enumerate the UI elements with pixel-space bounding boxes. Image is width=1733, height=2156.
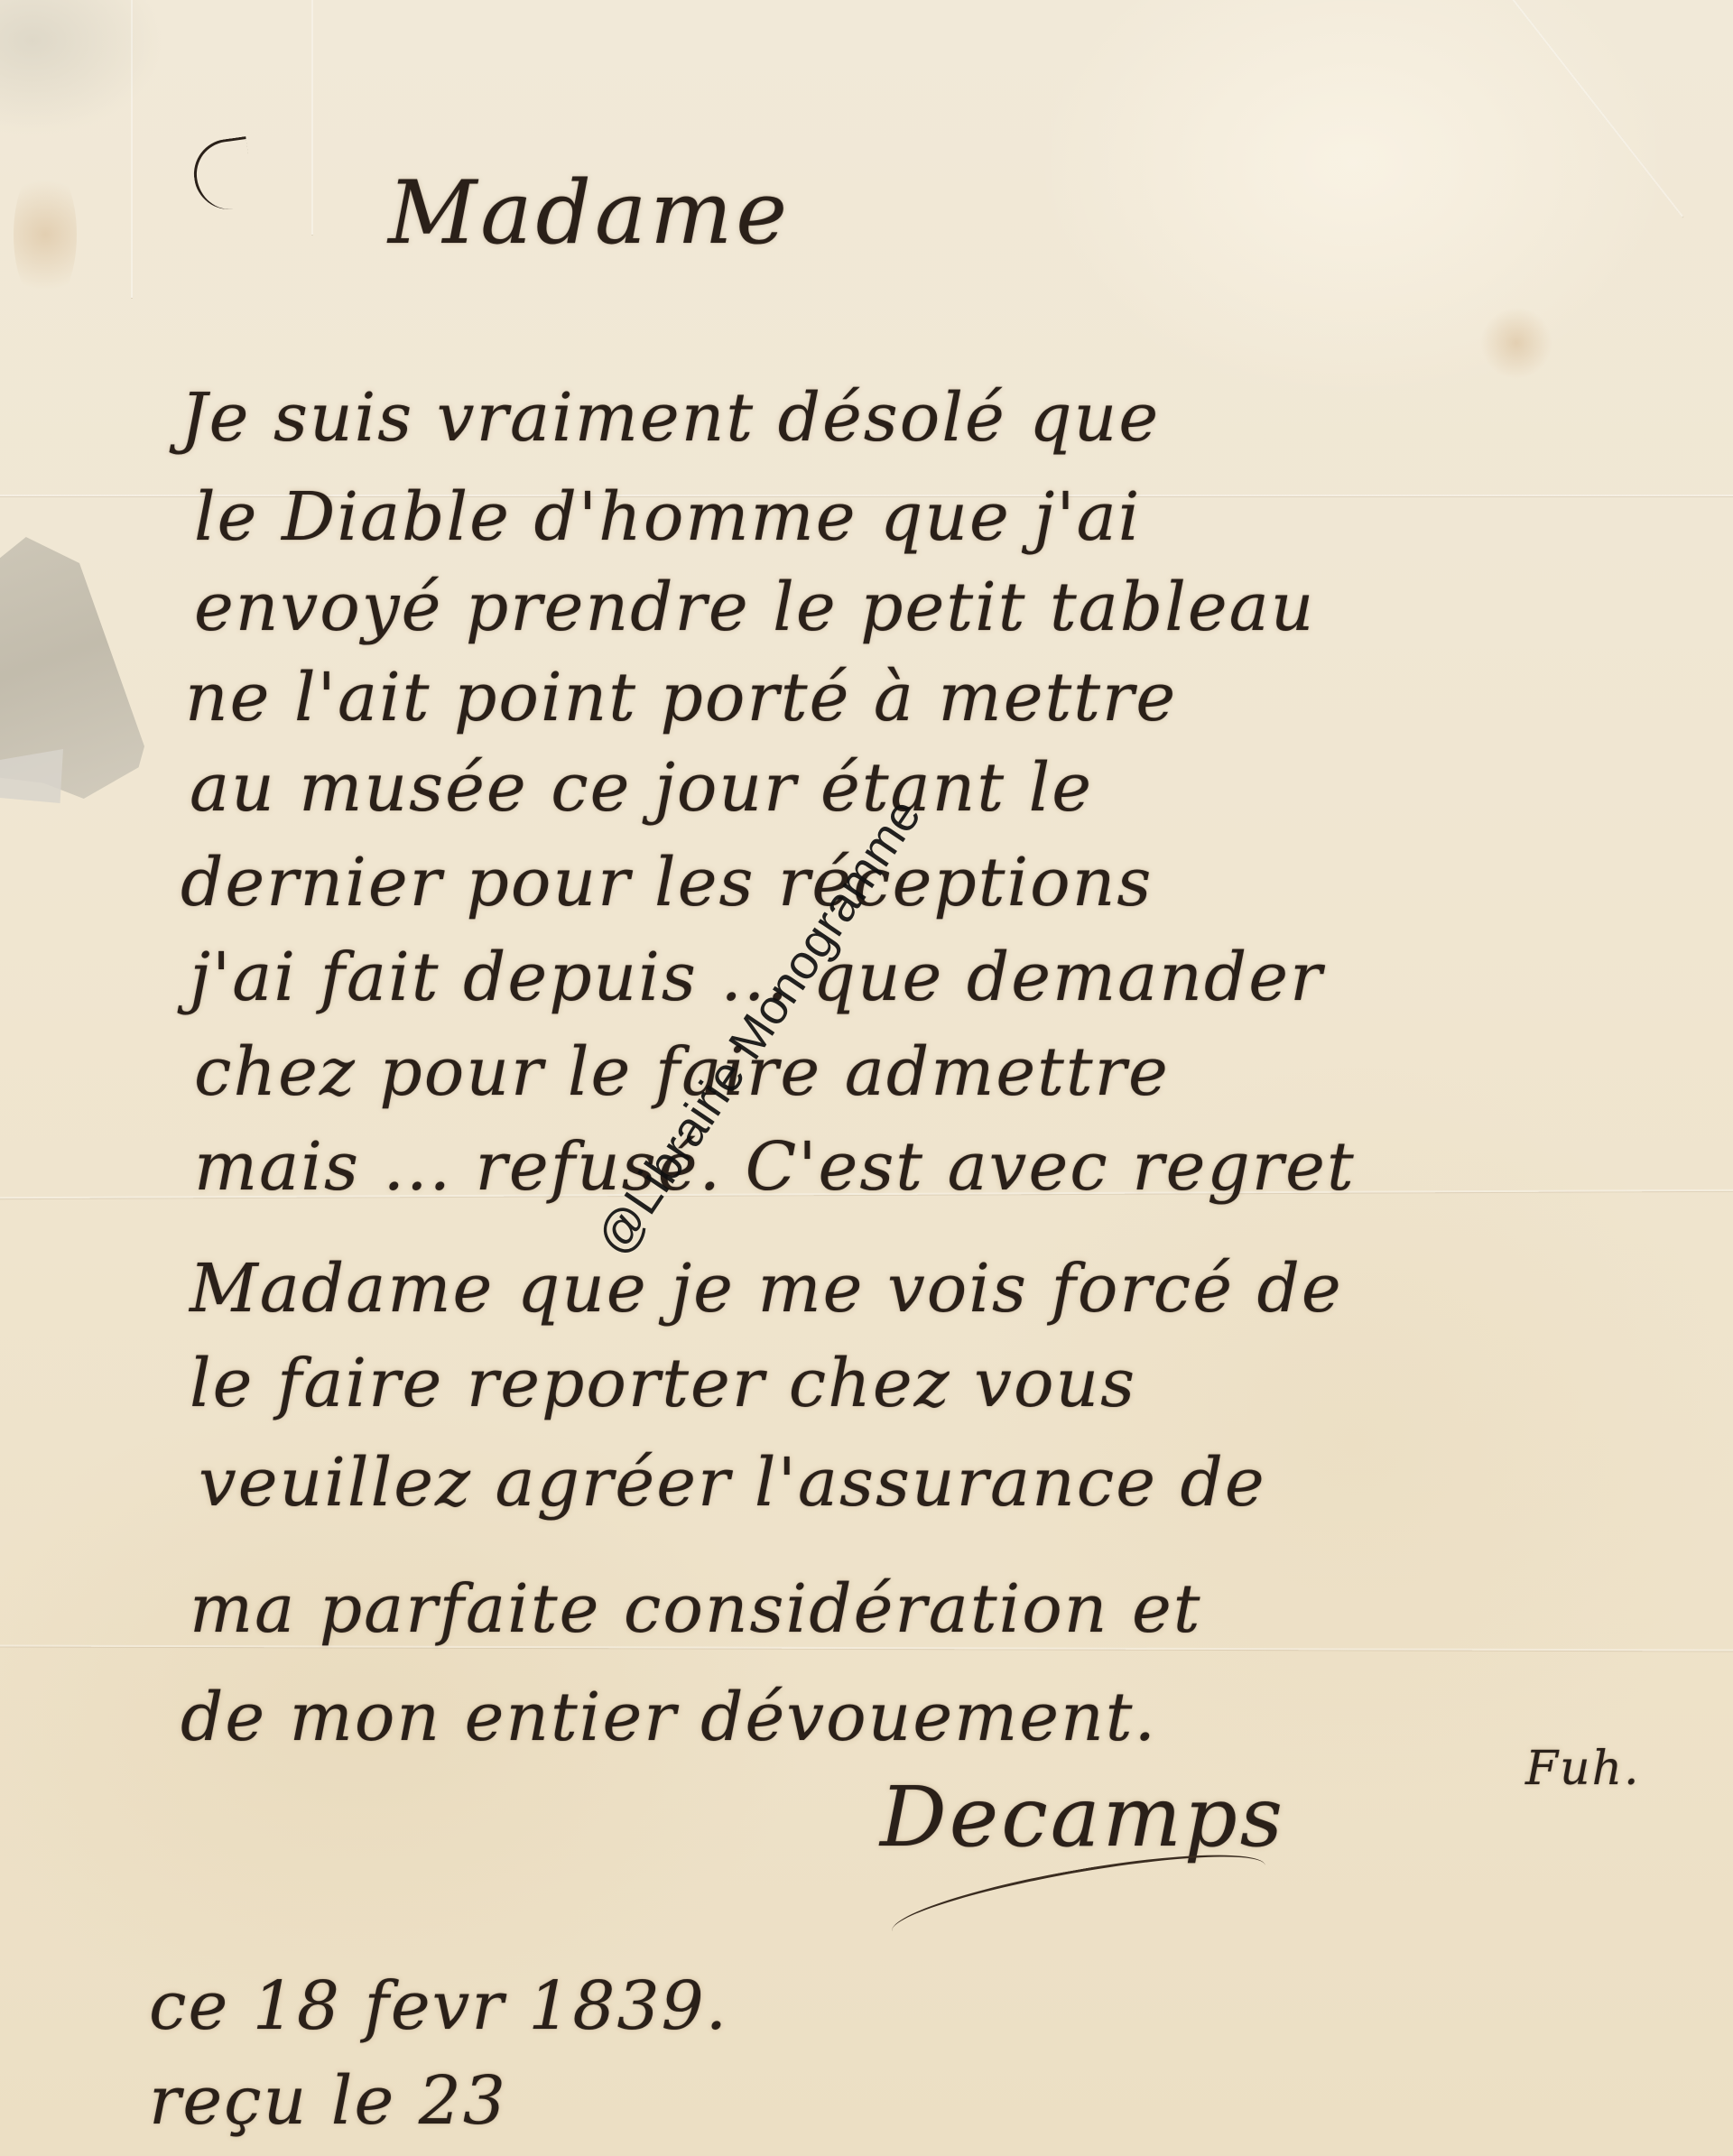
letter-line: au musée ce jour étant le [190,749,1093,827]
letter-line: veuillez agréer l'assurance de [199,1444,1266,1522]
letter-line: ma parfaite considération et [190,1570,1202,1648]
salutation: Madame [388,162,791,264]
corner-stain [0,0,162,135]
salutation-flourish [190,136,255,214]
date-line: ce 18 fevr 1839. [149,1967,728,2045]
signature-suffix: Fuh. [1525,1742,1641,1796]
letter-line: mais ... refusé. C'est avec regret [194,1128,1356,1206]
letter-line: envoyé prendre le petit tableau [194,569,1315,646]
letter-line: de mon entier dévouement. [181,1679,1157,1756]
foxing-stain [14,162,77,307]
letter-line: Madame que je me vois forcé de [190,1250,1343,1328]
foxing-stain [1480,307,1552,379]
letter-line: Je suis vraiment désolé que [181,379,1160,457]
fold-crease [131,0,133,298]
fold-crease [311,0,313,235]
letter-line: le faire reporter chez vous [190,1345,1136,1422]
fold-crease [1498,0,1683,217]
letter-line: ne l'ait point porté à mettre [185,659,1177,736]
signature: Decamps [880,1769,1285,1865]
received-note: reçu le 23 [149,2062,507,2140]
letter-page: Madame Je suis vraiment désolé que le Di… [0,0,1733,2156]
letter-line: le Diable d'homme que j'ai [194,478,1141,556]
letter-line: dernier pour les réceptions [181,844,1153,921]
